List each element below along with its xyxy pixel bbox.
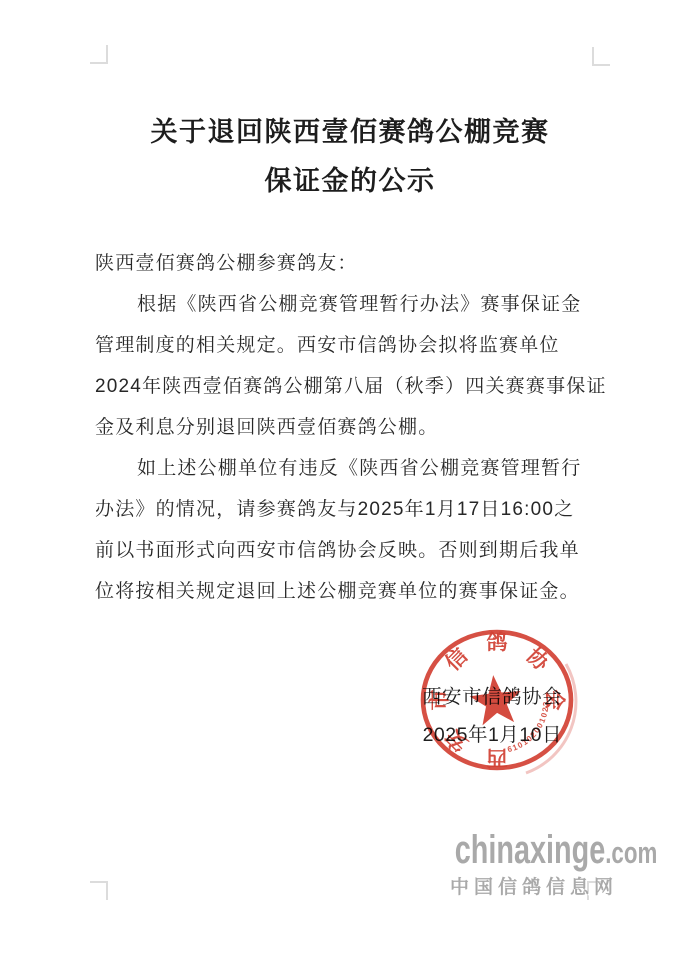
body-line: 根据《陕西省公棚竞赛管理暂行办法》赛事保证金 [95,284,617,325]
watermark-site-name-cn: 中国信鸽信息网 [376,876,657,900]
svg-text:会: 会 [543,690,567,711]
svg-text:市: 市 [428,690,452,711]
corner-mark-top-left [90,45,108,64]
official-seal: 西安市信鸽协会610102001022 [408,608,592,798]
watermark-domain-suffix: .com [605,835,657,870]
title-line-2: 保证金的公示 [0,157,700,206]
body-line: 办法》的情况，请参赛鸽友与2025年1月17日16:00之 [95,489,617,530]
svg-text:西: 西 [487,746,508,769]
body-line: 管理制度的相关规定。西安市信鸽协会拟将监赛单位 [95,325,617,366]
document-body: 陕西壹佰赛鸽公棚参赛鸽友： 根据《陕西省公棚竞赛管理暂行办法》赛事保证金管理制度… [95,243,617,612]
corner-mark-top-right [592,47,610,66]
salutation: 陕西壹佰赛鸽公棚参赛鸽友： [95,243,617,284]
body-lines: 根据《陕西省公棚竞赛管理暂行办法》赛事保证金管理制度的相关规定。西安市信鸽协会拟… [95,284,617,612]
title-line-1: 关于退回陕西壹佰赛鸽公棚竞赛 [0,108,700,157]
watermark-site-url: chinaxinge.com [454,831,657,872]
svg-text:鸽: 鸽 [487,631,508,655]
page-title: 关于退回陕西壹佰赛鸽公棚竞赛 保证金的公示 [0,108,700,206]
body-line: 位将按相关规定退回上述公棚竞赛单位的赛事保证金。 [95,571,617,612]
body-line: 前以书面形式向西安市信鸽协会反映。否则到期后我单 [95,530,617,571]
body-line: 金及利息分别退回陕西壹佰赛鸽公棚。 [95,407,617,448]
svg-text:安: 安 [440,725,472,757]
corner-mark-bottom-left [90,881,108,900]
document-page: 关于退回陕西壹佰赛鸽公棚竞赛 保证金的公示 陕西壹佰赛鸽公棚参赛鸽友： 根据《陕… [0,0,700,954]
body-line: 如上述公棚单位有违反《陕西省公棚竞赛管理暂行 [95,448,617,489]
body-line: 2024年陕西壹佰赛鸽公棚第八届（秋季）四关赛赛事保证 [95,366,617,407]
svg-text:协: 协 [522,643,555,676]
svg-text:信: 信 [440,643,472,675]
watermark: chinaxinge.com 中国信鸽信息网 [376,831,657,900]
